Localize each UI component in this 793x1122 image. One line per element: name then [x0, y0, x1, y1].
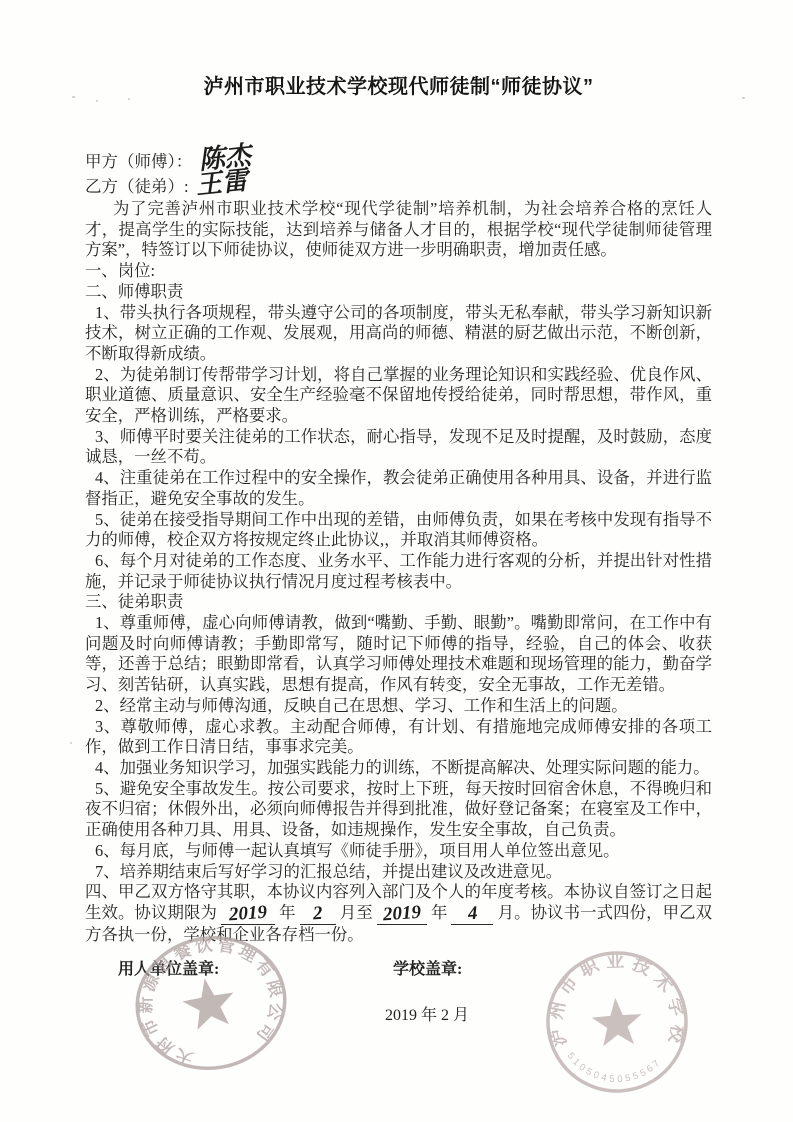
employer-stamp-star: [179, 974, 238, 1031]
clause-four-paragraph: 四、甲乙双方恪守其职，本协议内容列入部门及个人的年度考核。本协议自签订之日起生效…: [85, 882, 712, 945]
month-to-label: 月至: [340, 903, 373, 922]
section-heading-mentor-duties: 二、师傅职责: [85, 282, 712, 303]
start-year-handwritten: 2019: [229, 905, 268, 924]
start-month-handwritten: 2: [312, 906, 323, 923]
year-unit-label: 年: [431, 903, 448, 922]
document-body: 泸州市职业技术学校现代师徒制“师徒协议” 甲方（师傅）：陈杰 乙方（徒弟）:王雷…: [85, 70, 712, 945]
employer-seal-label: 用人单位盖章:: [118, 956, 219, 979]
scan-noise: [72, 96, 75, 98]
school-stamp-star: [590, 996, 643, 1047]
apprentice-duty-item: 7、培养期结束后写好学习的汇报总结，并提出建议及改进意见。: [85, 862, 712, 883]
scan-noise: [70, 742, 72, 744]
party-b-signature: 王雷: [195, 171, 249, 196]
intro-paragraph: 为了完善泸州市职业技术学校“现代学徒制”培养机制，为社会培养合格的烹饪人才，提高…: [85, 199, 712, 261]
section-heading-apprentice-duties: 三、徒弟职责: [85, 592, 712, 613]
end-year-blank: 2019: [377, 903, 427, 925]
mentor-duty-item: 1、带头执行各项规程，带头遵守公司的各项制度，带头无私奉献，带头学习新知识新技术…: [85, 303, 712, 365]
apprentice-duty-item: 3、尊敬师傅，虚心求教。主动配合师傅，有计划、有措施地完成师傅安排的各项工作，做…: [85, 717, 712, 758]
start-month-blank: 2: [300, 903, 336, 925]
party-b-line: 乙方（徒弟）:王雷: [85, 174, 712, 199]
scan-noise: [96, 100, 98, 102]
party-b-label: 乙方（徒弟）:: [85, 177, 189, 196]
mentor-duty-item: 4、注重徒弟在工作过程中的安全操作，教会徒弟正确使用各种用具、设备，并进行监督指…: [85, 468, 712, 509]
end-month-handwritten: 4: [467, 906, 478, 923]
school-stamp-text: 泸州市职业技术学校: [540, 946, 691, 1056]
school-stamp: 泸州市职业技术学校 5105045055567: [536, 941, 698, 1103]
apprentice-duty-item: 6、每月底，与师傅一起认真填写《师徒手册》，项目用人单位签出意见。: [85, 841, 712, 862]
start-year-blank: 2019: [221, 903, 275, 925]
document-title: 泸州市职业技术学校现代师徒制“师徒协议”: [85, 70, 712, 99]
school-stamp-number: 5105045055567: [564, 1045, 664, 1089]
party-a-line: 甲方（师傅）：陈杰: [85, 149, 712, 174]
apprentice-duty-item: 2、经常主动与师傅沟通，反映自己在思想、学习、工作和生活上的问题。: [85, 696, 712, 717]
scan-noise: [316, 93, 318, 95]
apprentice-duty-item: 5、避免安全事故发生。按公司要求，按时上下班，每天按时回宿舍休息，不得晚归和夜不…: [85, 779, 712, 841]
section-heading-post: 一、岗位:: [85, 261, 712, 282]
year-unit-label: 年: [279, 903, 296, 922]
mentor-duty-item: 5、徒弟在接受指导期间工作中出现的差错，由师傅负责，如果在考核中发现有指导不力的…: [85, 510, 712, 551]
seal-date: 2019 年 2 月: [385, 1002, 469, 1025]
scanned-agreement-page: 泸州市职业技术学校现代师徒制“师徒协议” 甲方（师傅）：陈杰 乙方（徒弟）:王雷…: [0, 0, 793, 1122]
scan-noise: [128, 98, 130, 100]
apprentice-duty-item: 1、尊重师傅，虚心向师傅请教，做到“嘴勤、手勤、眼勤”。嘴勤即常问，在工作中有问…: [85, 613, 712, 696]
employer-stamp-text: 天府市新源息餐饮管理有限公司: [124, 923, 296, 1076]
scan-noise: [742, 97, 745, 99]
mentor-duty-item: 2、为徒弟制订传帮带学习计划，将自己掌握的业务理论知识和实践经验、优良作风、职业…: [85, 365, 712, 427]
mentor-duty-item: 6、每个月对徒弟的工作态度、业务水平、工作能力进行客观的分析，并提出针对性措施，…: [85, 551, 712, 592]
mentor-duty-item: 3、师傅平时要关注徒弟的工作状态，耐心指导，发现不足及时提醒，及时鼓励，态度诚恳…: [85, 427, 712, 468]
employer-stamp-ring: [127, 926, 295, 1080]
party-a-label: 甲方（师傅）：: [85, 152, 192, 171]
school-seal-label: 学校盖章:: [393, 956, 462, 979]
school-stamp-ring: [543, 948, 690, 1095]
end-month-blank: 4: [451, 903, 493, 925]
apprentice-duty-item: 4、加强业务知识学习，加强实践能力的训练，不断提高解决、处理实际问题的能力。: [85, 758, 712, 779]
end-year-handwritten: 2019: [382, 905, 421, 924]
